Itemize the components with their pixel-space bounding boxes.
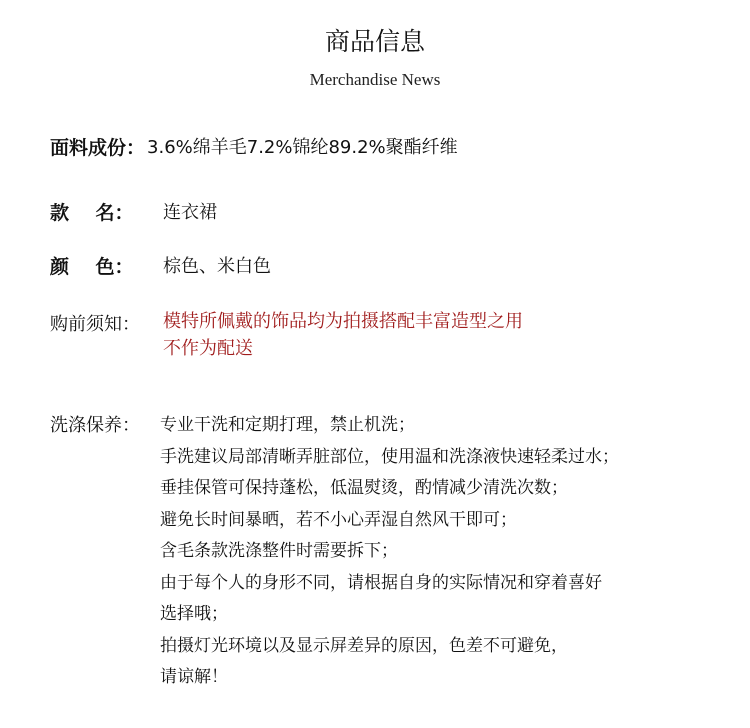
care-line: 请谅解！ [160, 662, 619, 694]
care-line: 垂挂保管可保持蓬松，低温熨烫，酌情减少清洗次数； [160, 473, 619, 505]
notice-label: 购前须知： [50, 310, 163, 336]
color-value: 棕色、米白色 [163, 252, 271, 278]
notice-line: 不作为配送 [163, 335, 523, 362]
page-subtitle: Merchandise News [0, 70, 750, 90]
care-line: 由于每个人的身形不同，请根据自身的实际情况和穿着喜好 [160, 568, 619, 600]
care-instructions: 专业干洗和定期打理，禁止机洗； 手洗建议局部清晰弄脏部位，使用温和洗涤液快速轻柔… [160, 410, 619, 694]
page-title: 商品信息 [0, 22, 750, 58]
care-row: 洗涤保养： 专业干洗和定期打理，禁止机洗； 手洗建议局部清晰弄脏部位，使用温和洗… [50, 410, 619, 694]
name-label: 款 名： [50, 198, 163, 225]
color-label: 颜 色： [50, 252, 163, 279]
notice-line: 模特所佩戴的饰品均为拍摄搭配丰富造型之用 [163, 308, 523, 335]
material-value: 3.6%绵羊毛7.2%锦纶89.2%聚酯纤维 [147, 133, 458, 159]
notice-row: 购前须知： 模特所佩戴的饰品均为拍摄搭配丰富造型之用 不作为配送 [50, 310, 523, 362]
care-line: 含毛条款洗涤整件时需要拆下； [160, 536, 619, 568]
care-line: 专业干洗和定期打理，禁止机洗； [160, 410, 619, 442]
name-value: 连衣裙 [163, 198, 217, 224]
name-row: 款 名： 连衣裙 [50, 198, 217, 225]
material-label: 面料成份： [50, 133, 145, 160]
care-line: 手洗建议局部清晰弄脏部位，使用温和洗涤液快速轻柔过水； [160, 442, 619, 474]
care-line: 拍摄灯光环境以及显示屏差异的原因，色差不可避免， [160, 631, 619, 663]
care-line: 避免长时间暴晒，若不小心弄湿自然风干即可； [160, 505, 619, 537]
care-label: 洗涤保养： [50, 410, 160, 442]
notice-text: 模特所佩戴的饰品均为拍摄搭配丰富造型之用 不作为配送 [163, 308, 523, 362]
color-row: 颜 色： 棕色、米白色 [50, 252, 271, 279]
care-line: 选择哦； [160, 599, 619, 631]
material-row: 面料成份： 3.6%绵羊毛7.2%锦纶89.2%聚酯纤维 [50, 133, 458, 160]
